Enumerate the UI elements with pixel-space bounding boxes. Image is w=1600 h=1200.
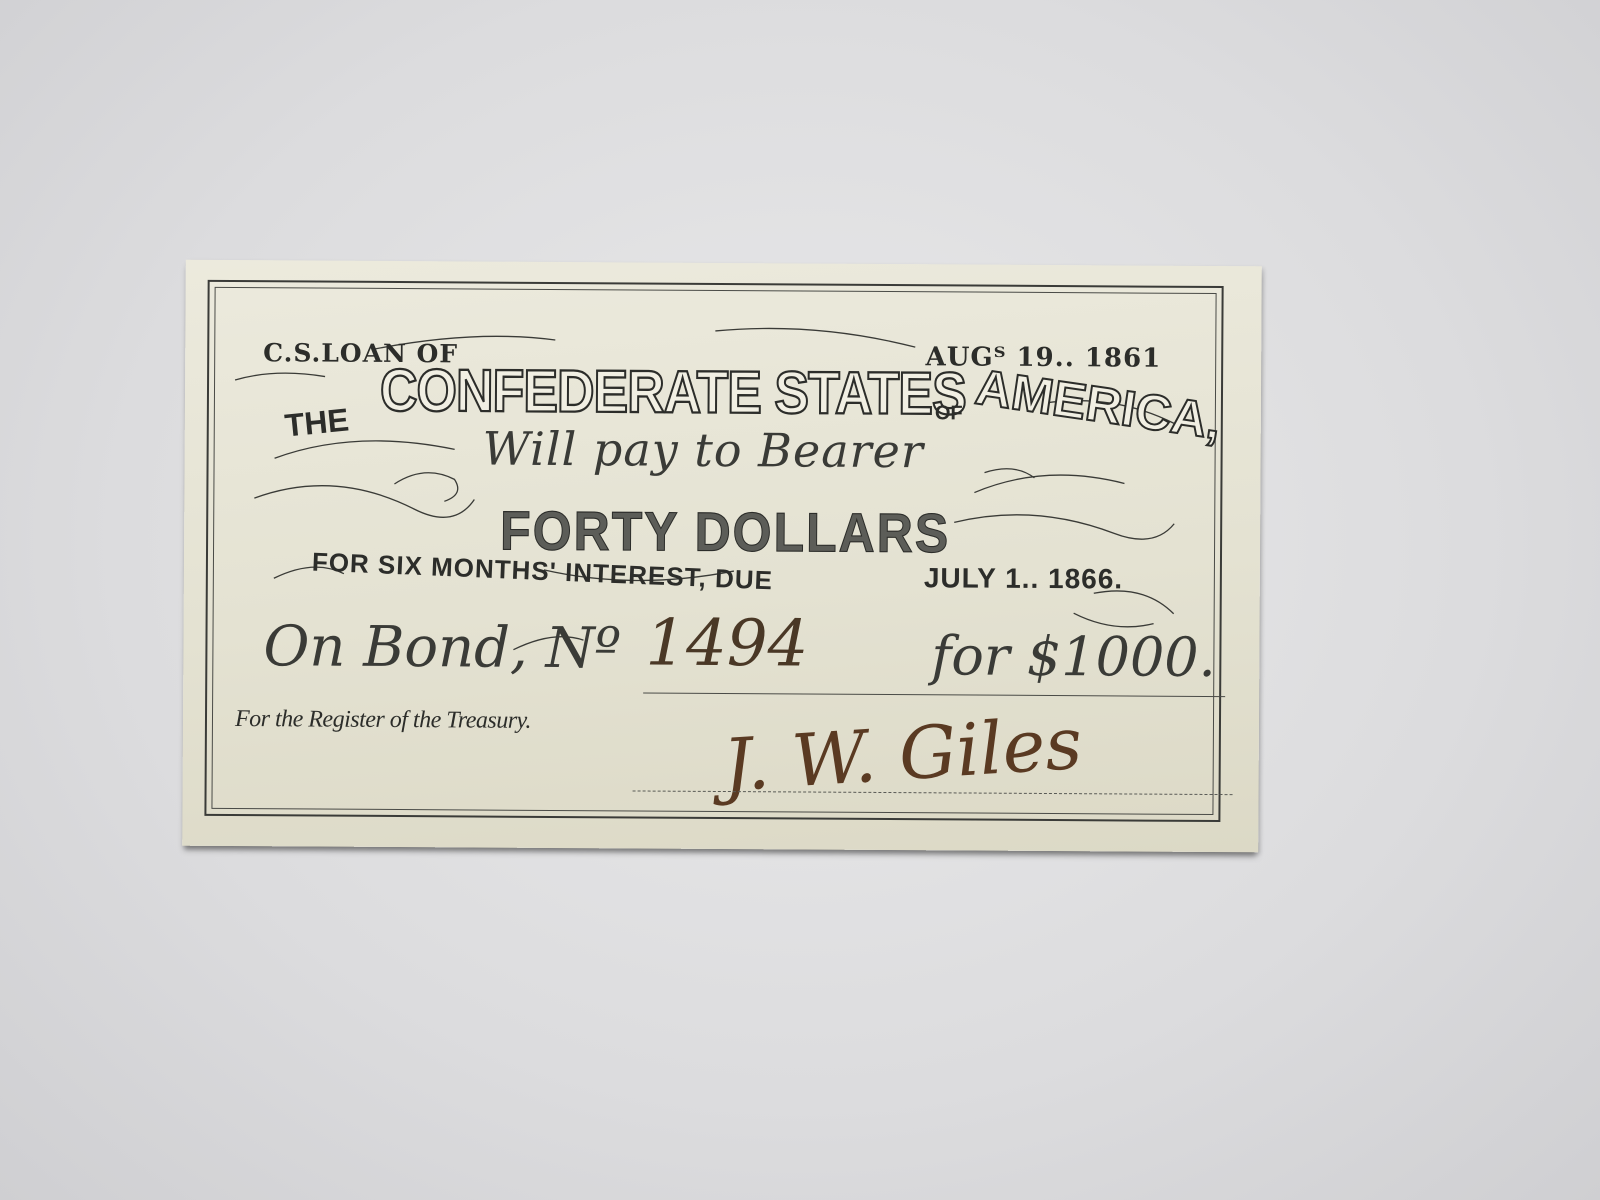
due-date: JULY 1.. 1866. xyxy=(924,562,1123,595)
register-label: For the Register of the Treasury. xyxy=(235,706,531,735)
title-the: THE xyxy=(283,401,350,444)
bond-number-handwritten: 1494 xyxy=(645,607,808,682)
coupon-inner-border: C.S.LOAN OF AUGᵀ 19.. 1861 THE CONFEDERA… xyxy=(211,287,1216,815)
title-confederate-states: CONFEDERATE STATES xyxy=(380,356,966,429)
coupon-amount: FORTY DOLLARS xyxy=(500,499,950,566)
bond-label: On Bond, Nº xyxy=(263,614,621,681)
confederate-interest-coupon: C.S.LOAN OF AUGᵀ 19.. 1861 THE CONFEDERA… xyxy=(182,260,1262,853)
title-of: OF xyxy=(935,402,963,425)
bond-number-underline xyxy=(643,693,1225,698)
payment-promise: Will pay to Bearer xyxy=(482,422,923,479)
title-america: AMERICA, xyxy=(972,358,1225,451)
coupon-border: C.S.LOAN OF AUGᵀ 19.. 1861 THE CONFEDERA… xyxy=(204,280,1223,822)
bond-value: for $1000. xyxy=(931,624,1216,689)
